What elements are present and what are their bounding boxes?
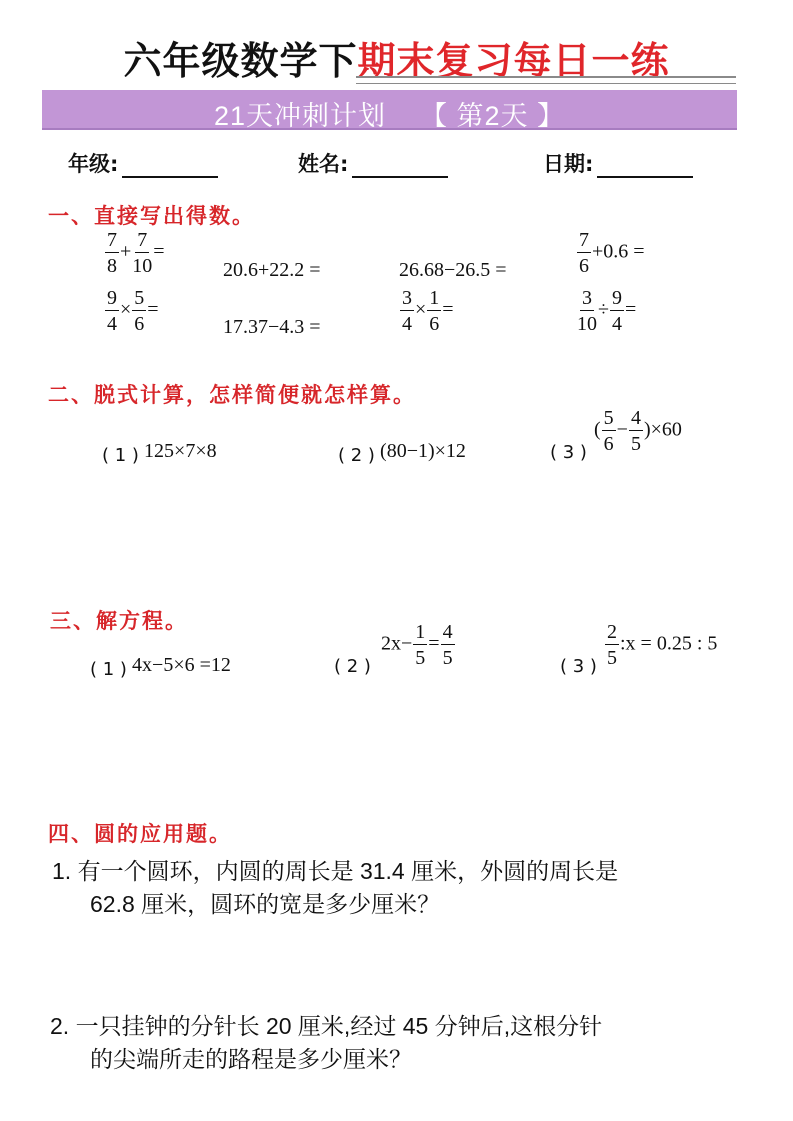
name-field: 姓名: [298,148,448,178]
word-problem-2: 2. 一只挂钟的分针长 20 厘米,经过 45 分钟后,这根分针 的尖端所走的路… [50,1010,750,1076]
problem-3-3: 25:x = 0.25 : 5 [604,622,717,668]
problem-1f: 17.37−4.3 = [223,316,321,339]
section-4-heading: 四、圆的应用题。 [48,818,232,848]
plan-banner: 21天冲刺计划【 第2天 】 [42,90,737,130]
expression: 125×7×8 [144,440,217,462]
banner-plan-text: 21天冲刺计划 [214,101,386,131]
problem-line: 1. 有一个圆环，内圆的周长是 31.4 厘米，外圆的周长是 [52,855,752,888]
problem-1e: 94×56= [104,288,159,334]
date-field: 日期: [543,148,693,178]
problem-2-1: ( 1 ) 125×7×8 [102,440,217,466]
problem-label: ( 1 ) [90,659,127,680]
problem-2-2: ( 2 ) (80−1)×12 [338,440,466,466]
problem-3-2-label: ( 2 ) [334,656,371,677]
problem-3-3-label: ( 3 ) [560,656,597,677]
name-blank[interactable] [352,156,448,178]
problem-2-3-label: ( 3 ) [550,442,587,463]
problem-1d: 76+0.6 = [576,230,645,276]
title-grade-part: 六年级数学下 [123,38,357,83]
word-problem-1: 1. 有一个圆环，内圆的周长是 31.4 厘米，外圆的周长是 62.8 厘米，圆… [52,855,752,921]
grade-field: 年级: [68,148,218,178]
date-blank[interactable] [597,156,693,178]
problem-line: 2. 一只挂钟的分针长 20 厘米,经过 45 分钟后,这根分针 [50,1010,750,1043]
section-1-heading: 一、直接写出得数。 [48,200,255,230]
grade-label: 年级: [68,152,118,176]
expression: 4x−5×6 =12 [132,654,231,676]
problem-line: 的尖端所走的路程是多少厘米？ [50,1043,750,1076]
grade-blank[interactable] [122,156,218,178]
problem-1g: 34×16= [399,288,454,334]
name-label: 姓名: [298,152,348,176]
problem-1c: 26.68−26.5 = [399,259,507,282]
problem-label: ( 2 ) [338,445,375,466]
section-3-heading: 三、解方程。 [50,605,188,635]
expression: (80−1)×12 [380,440,466,462]
problem-3-2: 2x−15=45 [381,622,456,668]
problem-1h: 310÷94= [576,288,636,334]
problem-line: 62.8 厘米，圆环的宽是多少厘米？ [52,888,752,921]
title-underline-divider [356,76,736,84]
date-label: 日期: [543,152,593,176]
problem-3-1: ( 1 ) 4x−5×6 =12 [90,654,231,680]
banner-day-text: 【 第2天 】 [420,101,565,131]
problem-1a: 78+710= [104,230,165,276]
section-2-heading: 二、脱式计算，怎样简便就怎样算。 [48,379,416,409]
problem-2-3: (56−45)×60 [594,408,682,454]
problem-label: ( 1 ) [102,445,139,466]
problem-1b: 20.6+22.2 = [223,259,321,282]
